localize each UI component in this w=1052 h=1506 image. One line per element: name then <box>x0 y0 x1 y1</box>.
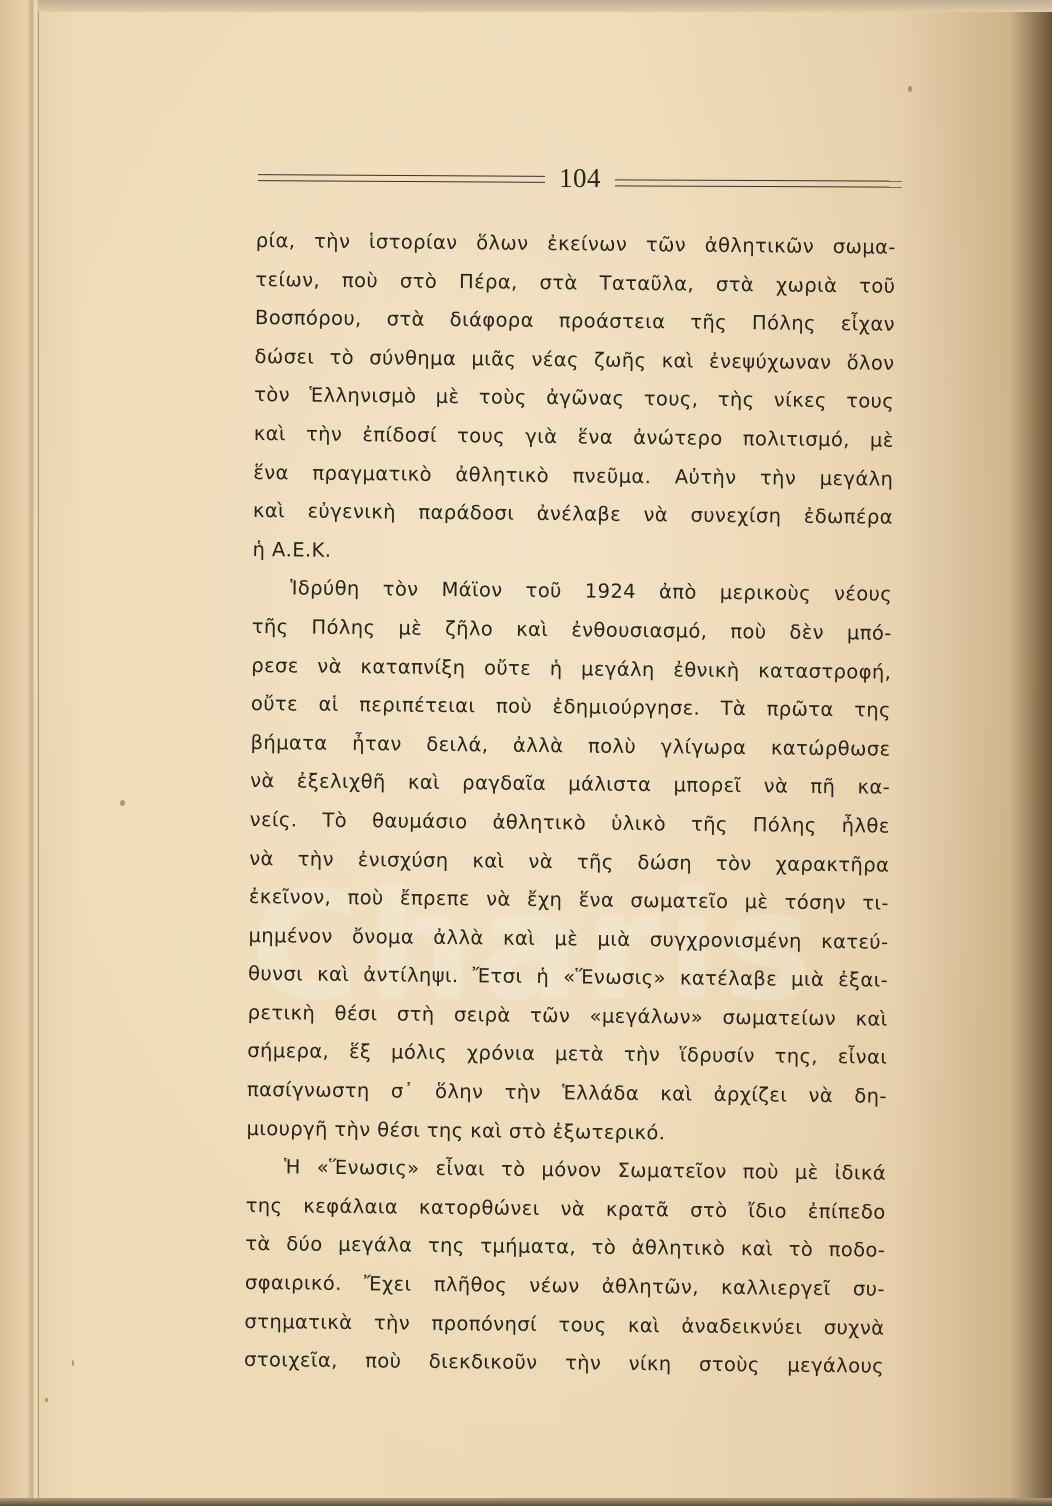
text-line: τὸν Ἑλληνισμὸ μὲ τοὺς ἀγῶνας τους, τὴς ν… <box>254 376 894 421</box>
text-line: ἕνα πραγματικὸ ἀθλητικὸ πνεῦμα. Αὐτὴν τὴ… <box>253 454 893 499</box>
paper-speck <box>908 86 912 92</box>
text-line: της κεφάλαια κατορθώνει νὰ κρατᾶ στὸ ἴδι… <box>245 1187 885 1232</box>
text-line: καὶ τὴν ἐπίδοσί τους γιὰ ἕνα ἀνώτερο πολ… <box>254 415 894 460</box>
text-line: Ἡ «Ἕνωσις» εἶναι τὸ μόνον Σωματεῖον ποὺ … <box>246 1148 886 1193</box>
text-line: στοιχεῖα, ποὺ διεκδικοῦν τὴν νίκη στοὺς … <box>244 1341 884 1386</box>
text-line: οὔτε αἱ περιπέτειαι ποὺ ἐδημιούργησε. Τὰ… <box>251 685 891 730</box>
text-line: ἡ Α.Ε.Κ. <box>252 531 892 576</box>
header-rule-right <box>615 179 902 187</box>
text-line: τείων, ποὺ στὸ Πέρα, στὰ Ταταῦλα, στὰ χω… <box>255 261 895 306</box>
text-line: μιουργῆ τὴν θέσι της καὶ στὸ ἐξωτερικό. <box>246 1110 886 1155</box>
page-top-edge <box>38 0 1052 12</box>
text-line: Ἱδρύθη τὸν Μάϊον τοῦ 1924 ἀπὸ μερικοὺς ν… <box>252 569 892 614</box>
paper-speck <box>120 800 125 806</box>
text-line: στηματικὰ τὴν προπόνησί τους καὶ ἀναδεικ… <box>244 1303 884 1348</box>
text-line: βήματα ἦταν δειλά, ἀλλὰ πολὺ γλίγωρα κατ… <box>250 724 890 769</box>
book-page: 104 Charis ρία, τὴν ἱστορίαν ὅλων ἐκείνω… <box>0 0 1052 1506</box>
text-line: νὰ ἐξελιχθῆ καὶ ραγδαῖα μάλιστα μπορεῖ ν… <box>250 762 890 807</box>
text-line: θυνσι καὶ ἀντίληψι. Ἔτσι ἡ «Ἕνωσις» κατέ… <box>248 955 888 1000</box>
text-line: Βοσπόρου, στὰ διάφορα προάστεια τῆς Πόλη… <box>255 299 895 344</box>
text-line: νὰ τὴν ἐνισχύση καὶ νὰ τῆς δώση τὸν χαρα… <box>249 839 889 884</box>
paper-speck <box>72 1360 74 1366</box>
text-line: ρετικὴ θέσι στὴ σειρὰ τῶν «μεγάλων» σωμα… <box>248 994 888 1039</box>
page-bottom-edge <box>0 1498 1052 1506</box>
paper-speck <box>45 1398 48 1402</box>
header-rule-left <box>258 174 545 183</box>
text-line: σήμερα, ἕξ μόλις χρόνια μετὰ τὴν ἵδρυσίν… <box>247 1032 887 1077</box>
text-line: τῆς Πόλης μὲ ζῆλο καὶ ἐνθουσιασμό, ποὺ δ… <box>252 608 892 653</box>
text-line: δώσει τὸ σύνθημα μιᾶς νέας ζωῆς καὶ ἐνεψ… <box>254 338 894 383</box>
text-line: ρία, τὴν ἱστορίαν ὅλων ἐκείνων τῶν ἀθλητ… <box>256 222 896 267</box>
text-line: τὰ δύο μεγάλα της τμήματα, τὸ ἀθλητικὸ κ… <box>245 1225 885 1270</box>
body-text: ρία, τὴν ἱστορίαν ὅλων ἐκείνων τῶν ἀθλητ… <box>244 222 896 1386</box>
text-line: νείς. Τὸ θαυμάσιο ἀθλητικὸ ὑλικὸ τῆς Πόλ… <box>250 801 890 846</box>
text-line: σφαιρικό. Ἔχει πλῆθος νέων ἀθλητῶν, καλλ… <box>245 1264 885 1309</box>
previous-page-edge <box>0 0 39 1506</box>
text-line: ρεσε νὰ καταπνίξη οὔτε ἡ μεγάλη ἐθνικὴ κ… <box>251 647 891 692</box>
text-line: ἐκεῖνον, ποὺ ἔπρεπε νὰ ἔχη ἕνα σωματεῖο … <box>249 878 889 923</box>
text-line: μημένον ὄνομα ἀλλὰ καὶ μὲ μιὰ συγχρονισμ… <box>248 917 888 962</box>
page-number: 104 <box>545 163 615 194</box>
text-line: πασίγνωστη σ᾿ ὅλην τὴν Ἑλλάδα καὶ ἀρχίζε… <box>247 1071 887 1116</box>
text-line: καὶ εὐγενικὴ παράδοσι ἀνέλαβε νὰ συνεχίσ… <box>253 492 893 537</box>
page-header: 104 <box>258 162 902 194</box>
